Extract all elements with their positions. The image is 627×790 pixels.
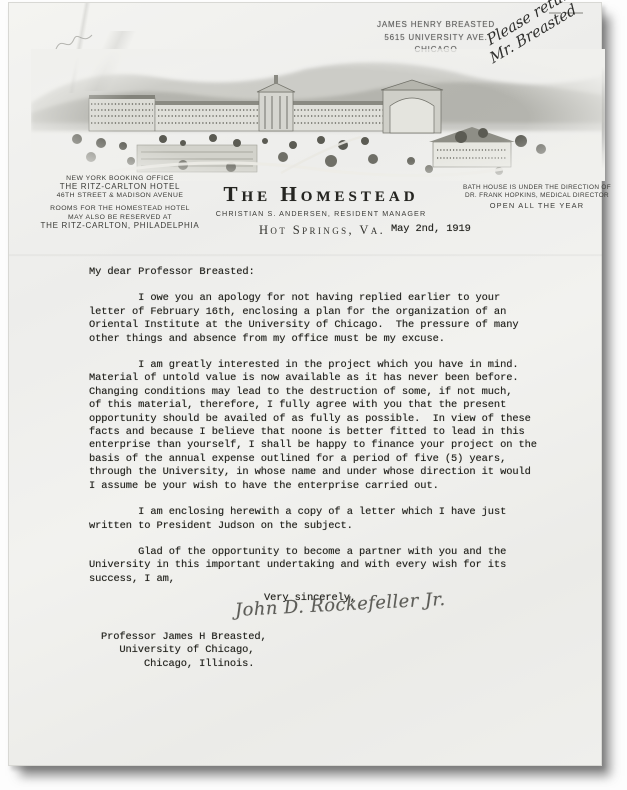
rockefeller-signature: John D. Rockefeller Jr. bbox=[235, 586, 565, 617]
homestead-hotel-engraving bbox=[31, 49, 605, 181]
salutation: My dear Professor Breasted: bbox=[89, 266, 565, 279]
place-label: Hot Springs, Va. bbox=[259, 223, 385, 238]
paragraph-1: I owe you an apology for not having repl… bbox=[89, 292, 565, 346]
resident-manager-line: CHRISTIAN S. ANDERSEN, RESIDENT MANAGER bbox=[187, 209, 455, 218]
booking-line-4: ROOMS FOR THE HOMESTEAD HOTEL bbox=[39, 205, 201, 213]
paragraph-4: Glad of the opportunity to become a part… bbox=[89, 546, 565, 586]
bath-house-block: BATH HOUSE IS UNDER THE DIRECTION OF DR.… bbox=[457, 184, 617, 211]
paragraph-2: I am greatly interested in the project w… bbox=[89, 359, 565, 493]
booking-line-2: THE RITZ-CARLTON HOTEL bbox=[39, 183, 201, 191]
typed-date: May 2nd, 1919 bbox=[391, 223, 471, 236]
paragraph-3: I am enclosing herewith a copy of a lett… bbox=[89, 506, 565, 533]
recipient-address: Professor James H Breasted, University o… bbox=[101, 631, 565, 671]
letter-body: My dear Professor Breasted: I owe you an… bbox=[89, 266, 565, 671]
bath-line-2: DR. FRANK HOPKINS, MEDICAL DIRECTOR bbox=[457, 192, 617, 200]
hotel-name-title: The Homestead bbox=[187, 182, 455, 207]
letter-sheet: JAMES HENRY BREASTED 5615 UNIVERSITY AVE… bbox=[8, 2, 602, 766]
bath-line-3: OPEN ALL THE YEAR bbox=[457, 202, 617, 210]
booking-line-3: 46TH STREET & MADISON AVENUE bbox=[39, 192, 201, 200]
dateline: Hot Springs, Va. May 2nd, 1919 bbox=[9, 223, 603, 241]
paper-crease bbox=[9, 251, 603, 259]
scan-background: JAMES HENRY BREASTED 5615 UNIVERSITY AVE… bbox=[0, 0, 627, 790]
bath-line-1: BATH HOUSE IS UNDER THE DIRECTION OF bbox=[457, 184, 617, 192]
